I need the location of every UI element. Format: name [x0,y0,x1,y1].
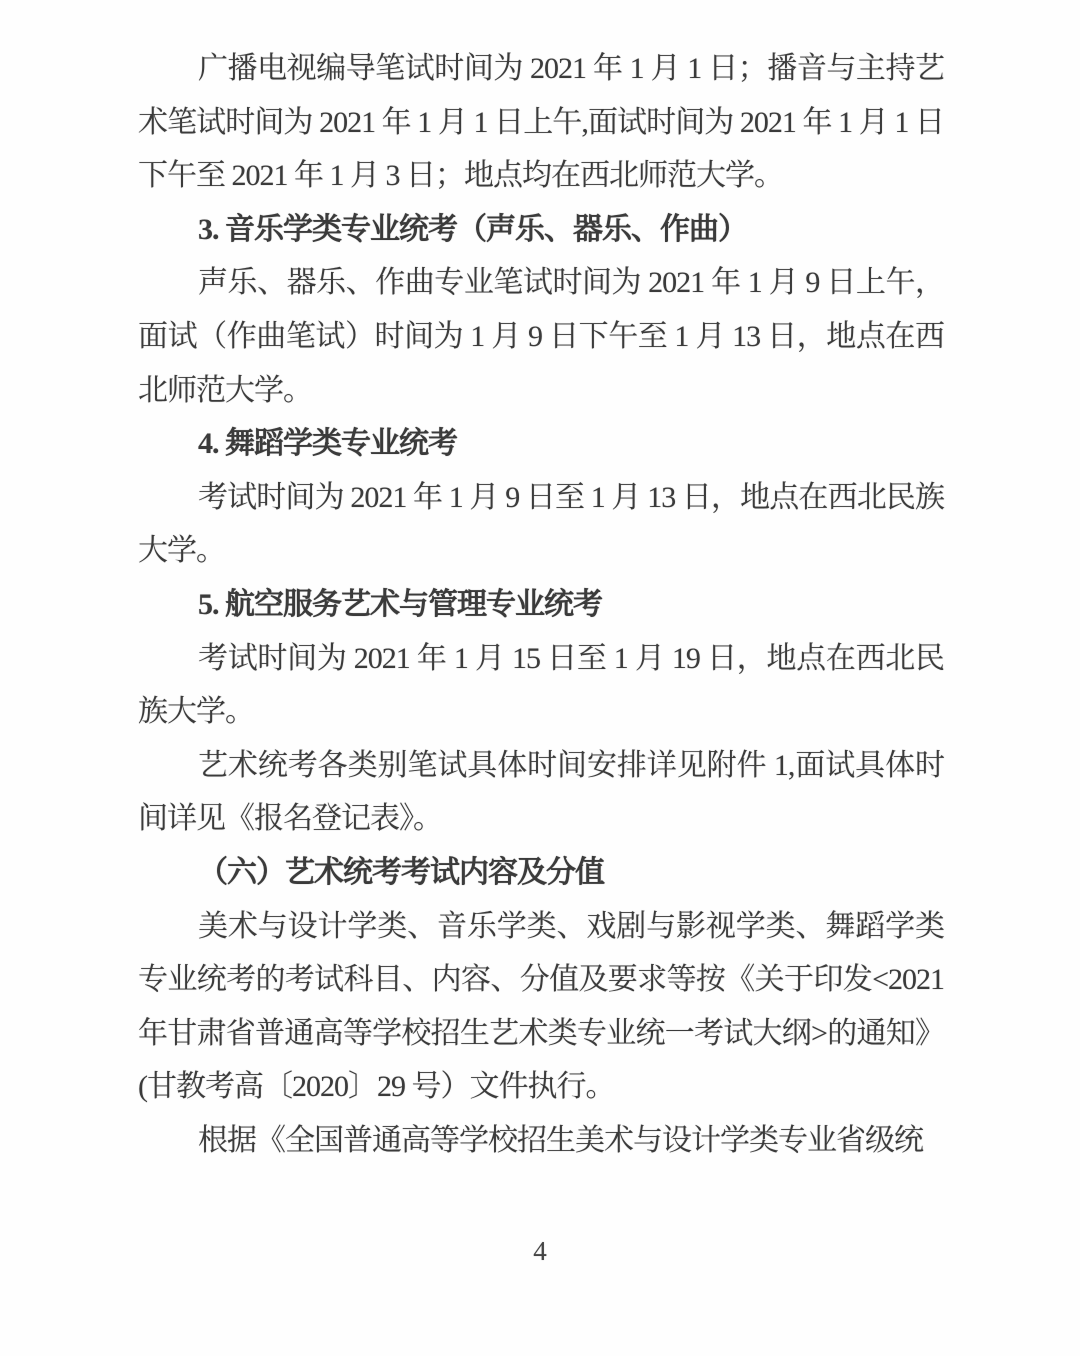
document-content: 广播电视编导笔试时间为 2021 年 1 月 1 日；播音与主持艺术笔试时间为 … [138,42,944,1167]
document-page: 广播电视编导笔试时间为 2021 年 1 月 1 日；播音与主持艺术笔试时间为 … [0,0,1080,1356]
page-footer: 4 [0,1236,1080,1267]
paragraph-music-exam-schedule: 声乐、器乐、作曲专业笔试时间为 2021 年 1 月 9 日上午，面试（作曲笔试… [138,256,944,417]
heading-6-exam-content-and-scores: （六）艺术统考考试内容及分值 [138,846,944,900]
heading-3-music-category-exam: 3. 音乐学类专业统考（声乐、器乐、作曲） [138,203,944,257]
paragraph-exam-syllabus-reference: 美术与设计学类、音乐学类、戏剧与影视学类、舞蹈学类专业统考的考试科目、内容、分值… [138,900,944,1114]
paragraph-dance-exam-schedule: 考试时间为 2021 年 1 月 9 日至 1 月 13 日，地点在西北民族大学… [138,471,944,578]
paragraph-aviation-exam-schedule: 考试时间为 2021 年 1 月 15 日至 1 月 19 日，地点在西北民族大… [138,632,944,739]
paragraph-broadcast-editing-schedule: 广播电视编导笔试时间为 2021 年 1 月 1 日；播音与主持艺术笔试时间为 … [138,42,944,203]
heading-5-aviation-service-exam: 5. 航空服务艺术与管理专业统考 [138,578,944,632]
page-number: 4 [533,1236,547,1266]
paragraph-national-art-exam-intro: 根据《全国普通高等学校招生美术与设计学类专业省级统 [138,1114,944,1168]
heading-4-dance-category-exam: 4. 舞蹈学类专业统考 [138,417,944,471]
paragraph-attachment-schedule-note: 艺术统考各类别笔试具体时间安排详见附件 1,面试具体时间详见《报名登记表》。 [138,739,944,846]
